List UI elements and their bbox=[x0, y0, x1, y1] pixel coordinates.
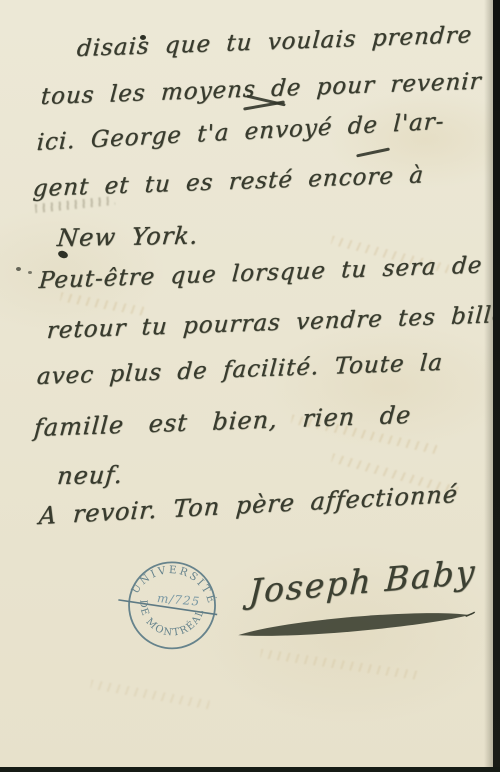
letter-line: Peut-être que lorsque tu sera de bbox=[38, 252, 483, 294]
ink-blot bbox=[28, 271, 32, 274]
strikethrough-mark bbox=[356, 147, 390, 157]
letter-line: gent et tu es resté encore à bbox=[32, 162, 425, 202]
ink-blot bbox=[16, 267, 21, 271]
show-through-mark bbox=[60, 292, 150, 316]
signature-flourish bbox=[235, 606, 476, 649]
letter-line: disais que tu voulais prendre bbox=[76, 22, 473, 62]
scan-edge-bottom bbox=[0, 767, 500, 772]
show-through-mark bbox=[260, 649, 420, 680]
ink-blot bbox=[140, 35, 146, 40]
university-stamp: UNIVERSITÉ DE MONTRÉAL m/725 bbox=[111, 548, 241, 665]
letter-page: disais que tu voulais prendre tous les m… bbox=[0, 0, 500, 772]
show-through-mark bbox=[90, 680, 210, 710]
letter-line: neuf. bbox=[56, 461, 124, 490]
scan-edge-shadow bbox=[484, 0, 493, 772]
signature: Joseph Baby bbox=[248, 552, 477, 611]
letter-line: avec plus de facilité. Toute la bbox=[36, 350, 444, 390]
letter-line: New York. bbox=[56, 221, 200, 252]
scan-edge-right bbox=[493, 0, 500, 772]
